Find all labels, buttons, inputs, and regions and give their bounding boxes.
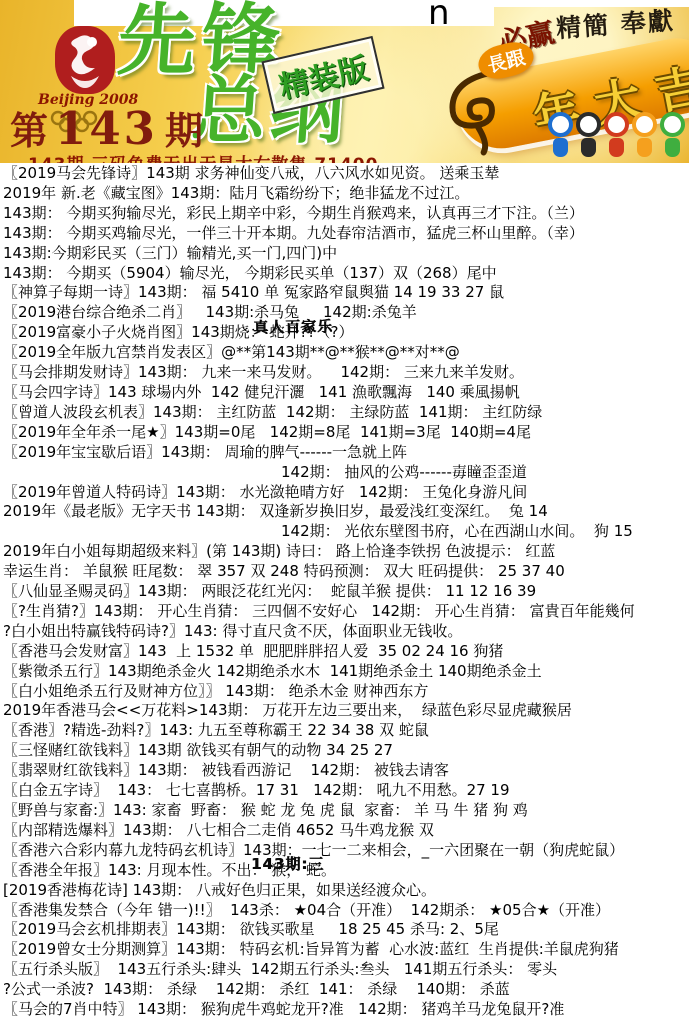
body-text-line: 〖香港〗?精选-劲料?〗143: 九五至尊称霸王 22 34 38 双 蛇鼠 <box>3 721 687 741</box>
body-text-line: 〖2019全年版九宫禁肖发表区〗@**第143期**@**猴**@**对**@ <box>3 343 687 363</box>
body-text-line: 〖2019港台综合绝杀二肖〗 143期:杀马兔 142期:杀兔羊 <box>3 303 687 323</box>
clipped-red-text: 143期 三码免费无出无显大右散售 71400 <box>28 150 668 163</box>
body-text-line: 〖香港马会发财富〗143 上 1532 单 肥肥胖胖招人爱 35 02 24 1… <box>3 642 687 662</box>
body-text-line: 〖马会四字诗〗143 球場内外 142 健兒汗灑 141 漁歌飄海 140 乘風… <box>3 383 687 403</box>
body-text-line: 〖香港全年报〗143: 月现本性。不出： 猴， 蛇。 <box>3 861 687 881</box>
body-text-line: 〖2019年全年杀一尾★〗143期=0尾 142期=8尾 141期=3尾 140… <box>3 423 687 443</box>
body-text-line: 142期： 光依东壁图书府，心在西湖山水间。 狗 15 <box>3 522 687 542</box>
body-text-line: 〖八仙显圣赐灵码〗143期： 两眼泛花红光闪： 蛇鼠羊猴 提供： 11 12 1… <box>3 582 687 602</box>
issue-watermark: 143期:三 <box>251 853 324 874</box>
lottery-tip-sheet-page: n Beijing 2008 先锋 总纲 第 143 期 精装版 必赢 精簡 奉… <box>0 0 689 1027</box>
top-letter: n <box>428 0 450 33</box>
baccarat-watermark: 真人百家乐 <box>253 315 333 337</box>
tip-lines-container: 〖2019马会先锋诗〗143期 求务神仙变八戒，八六风水如见资。 送乘玉辇201… <box>3 164 687 1020</box>
body-text-line: 〖三怪赌红欲钱料〗143期 欲钱买有朝气的动物 34 25 27 <box>3 741 687 761</box>
body-text-line: 143期： 今期买（5904）输尽光， 今期彩民买单（137）双（268）尾中 <box>3 264 687 284</box>
body-text-line: 142期： 抽风的公鸡------毐瞳歪歪道 <box>3 463 687 483</box>
body-text-line: 〖神算子每期一诗〗143期： 福 5410 单 冤家路窄鼠舆猫 14 19 33… <box>3 283 687 303</box>
body-text-line: 〖翡翠财红欲钱料〗143期： 被钱看西游记 142期： 被钱去请客 <box>3 761 687 781</box>
body-text-line: 〖2019年曾道人特码诗〗143期： 水光潋艳晴方好 142期： 王兔化身游凡间 <box>3 483 687 503</box>
body-text-line: 〖?生肖猜?〗143期： 开心生肖猜： 三四個不安好心 142期： 开心生肖猜：… <box>3 602 687 622</box>
body-text-line: 〖2019曾女士分期测算〗143期： 特码玄机:旨异筲为蓄 心水波:蓝红 生肖提… <box>3 940 687 960</box>
slogan-dedication: 精簡 奉獻 <box>555 1 676 45</box>
issue-value: 143 <box>55 102 158 155</box>
body-text-line: 2019年香港马会<<万花料>143期： 万花开左边三要出来， 绿蓝色彩尽显虎藏… <box>3 701 687 721</box>
body-text-line: 〖野兽与家畜:〗143: 家畜 野畜： 猴 蛇 龙 兔 虎 鼠 家畜： 羊 马 … <box>3 801 687 821</box>
body-text-line: 2019年 新.老《藏宝图》143期：陆月飞霜纷纷下；绝非猛龙不过江。 <box>3 184 687 204</box>
body-text-line: 〖香港集发禁合（今年 错一)!!〗 143杀： ★04合（开准） 142期杀： … <box>3 901 687 921</box>
body-text-line: 〖2019年宝宝歇后语〗143期： 周瑜的脾气------一急就上阵 <box>3 443 687 463</box>
body-text-line: 幸运生肖： 羊鼠猴 旺尾数： 翠 357 双 248 特码预测： 双大 旺码提供… <box>3 562 687 582</box>
body-text-line: 143期： 今期买狗输尽光，彩民上期辛中彩，今期生肖猴鸡来，认真再三才下注。（兰… <box>3 204 687 224</box>
body-text-line: [2019香港梅花诗] 143期： 八戒好色归正果，如果送经渡众心。 <box>3 881 687 901</box>
body-text-line: 〖2019马会玄机排期表〗143期： 欲钱买歌星 18 25 45 杀马: 2、… <box>3 920 687 940</box>
body-text-line: 〖2019富豪小子火烧肖图〗143期烧： 蛇开??（?） <box>3 323 687 343</box>
calligraphy-swirl-icon <box>432 62 535 162</box>
body-text-line: 〖紫徵杀五行〗143期绝杀金火 142期绝杀水木 141期绝杀金土 140期绝杀… <box>3 662 687 682</box>
beijing-2008-emblem-icon <box>55 26 115 94</box>
body-text-line: 〖曾道人波段玄机表〗143期： 主红防蓝 142期： 主绿防蓝 141期： 主红… <box>3 403 687 423</box>
body-text-line: 〖白金五字诗〗 143： 七七喜鹊桥。17 31 142期： 吼九不用愁。27 … <box>3 781 687 801</box>
body-text-line: 2019年《最老版》无字天书 143期： 双逢新岁换旧岁，最爱浅红变深红。 兔 … <box>3 502 687 522</box>
body-text-line: 2019年白小姐每期超级来料〗(第 143期) 诗曰： 路上恰逢李铁拐 色波提示… <box>3 542 687 562</box>
body-text-line: ?白小姐出特赢钱特码诗?〗143: 得寸直尺贪不厌，体面职业无钱收。 <box>3 622 687 642</box>
body-text-line: 〖香港六合彩内幕九龙特码玄机诗〗143期：一七一二来相会，_一六团聚在一朝（狗虎… <box>3 841 687 861</box>
body-text-line: 〖内部精选爆料〗143期： 八七相合二走俏 4652 马牛鸡龙猴 双 <box>3 821 687 841</box>
banner: n Beijing 2008 先锋 总纲 第 143 期 精装版 必赢 精簡 奉… <box>0 0 689 163</box>
body-text-line: 〖2019马会先锋诗〗143期 求务神仙变八戒，八六风水如见资。 送乘玉辇 <box>3 164 687 184</box>
issue-suffix: 期 <box>165 100 203 155</box>
body-text-line: 〖白小姐绝杀五行及财神方位〗〗 143期： 绝杀木金 财神西东方 <box>3 682 687 702</box>
issue-prefix: 第 <box>10 100 48 155</box>
body-text-line: 〖五行杀头版〗 143五行杀头:肆头 142期五行杀头:叁头 141期五行杀头：… <box>3 960 687 980</box>
body-text-line: 143期： 今期买鸡输尽光，一伴三十开本期。九处春帘洁酒市，猛虎三杯山里醉。（幸… <box>3 224 687 244</box>
body-text-line: ?公式一杀波? 143期： 杀绿 142期： 杀红 141： 杀绿 140期： … <box>3 980 687 1000</box>
body-text-line: 〖马会的7肖中特〗 143期： 猴狗虎牛鸡蛇龙开?准 142期： 猪鸡羊马龙兔鼠… <box>3 1000 687 1020</box>
issue-number: 第 143 期 <box>10 100 203 155</box>
body-text-line: 143期:今期彩民买（三门）输精光,买一门,四门)中 <box>3 244 687 264</box>
body-text-line: 〖马会排期发财诗〗143期： 九来一来马发财。 142期： 三来九来羊发财。 <box>3 363 687 383</box>
dancing-figure-icon <box>59 30 111 90</box>
